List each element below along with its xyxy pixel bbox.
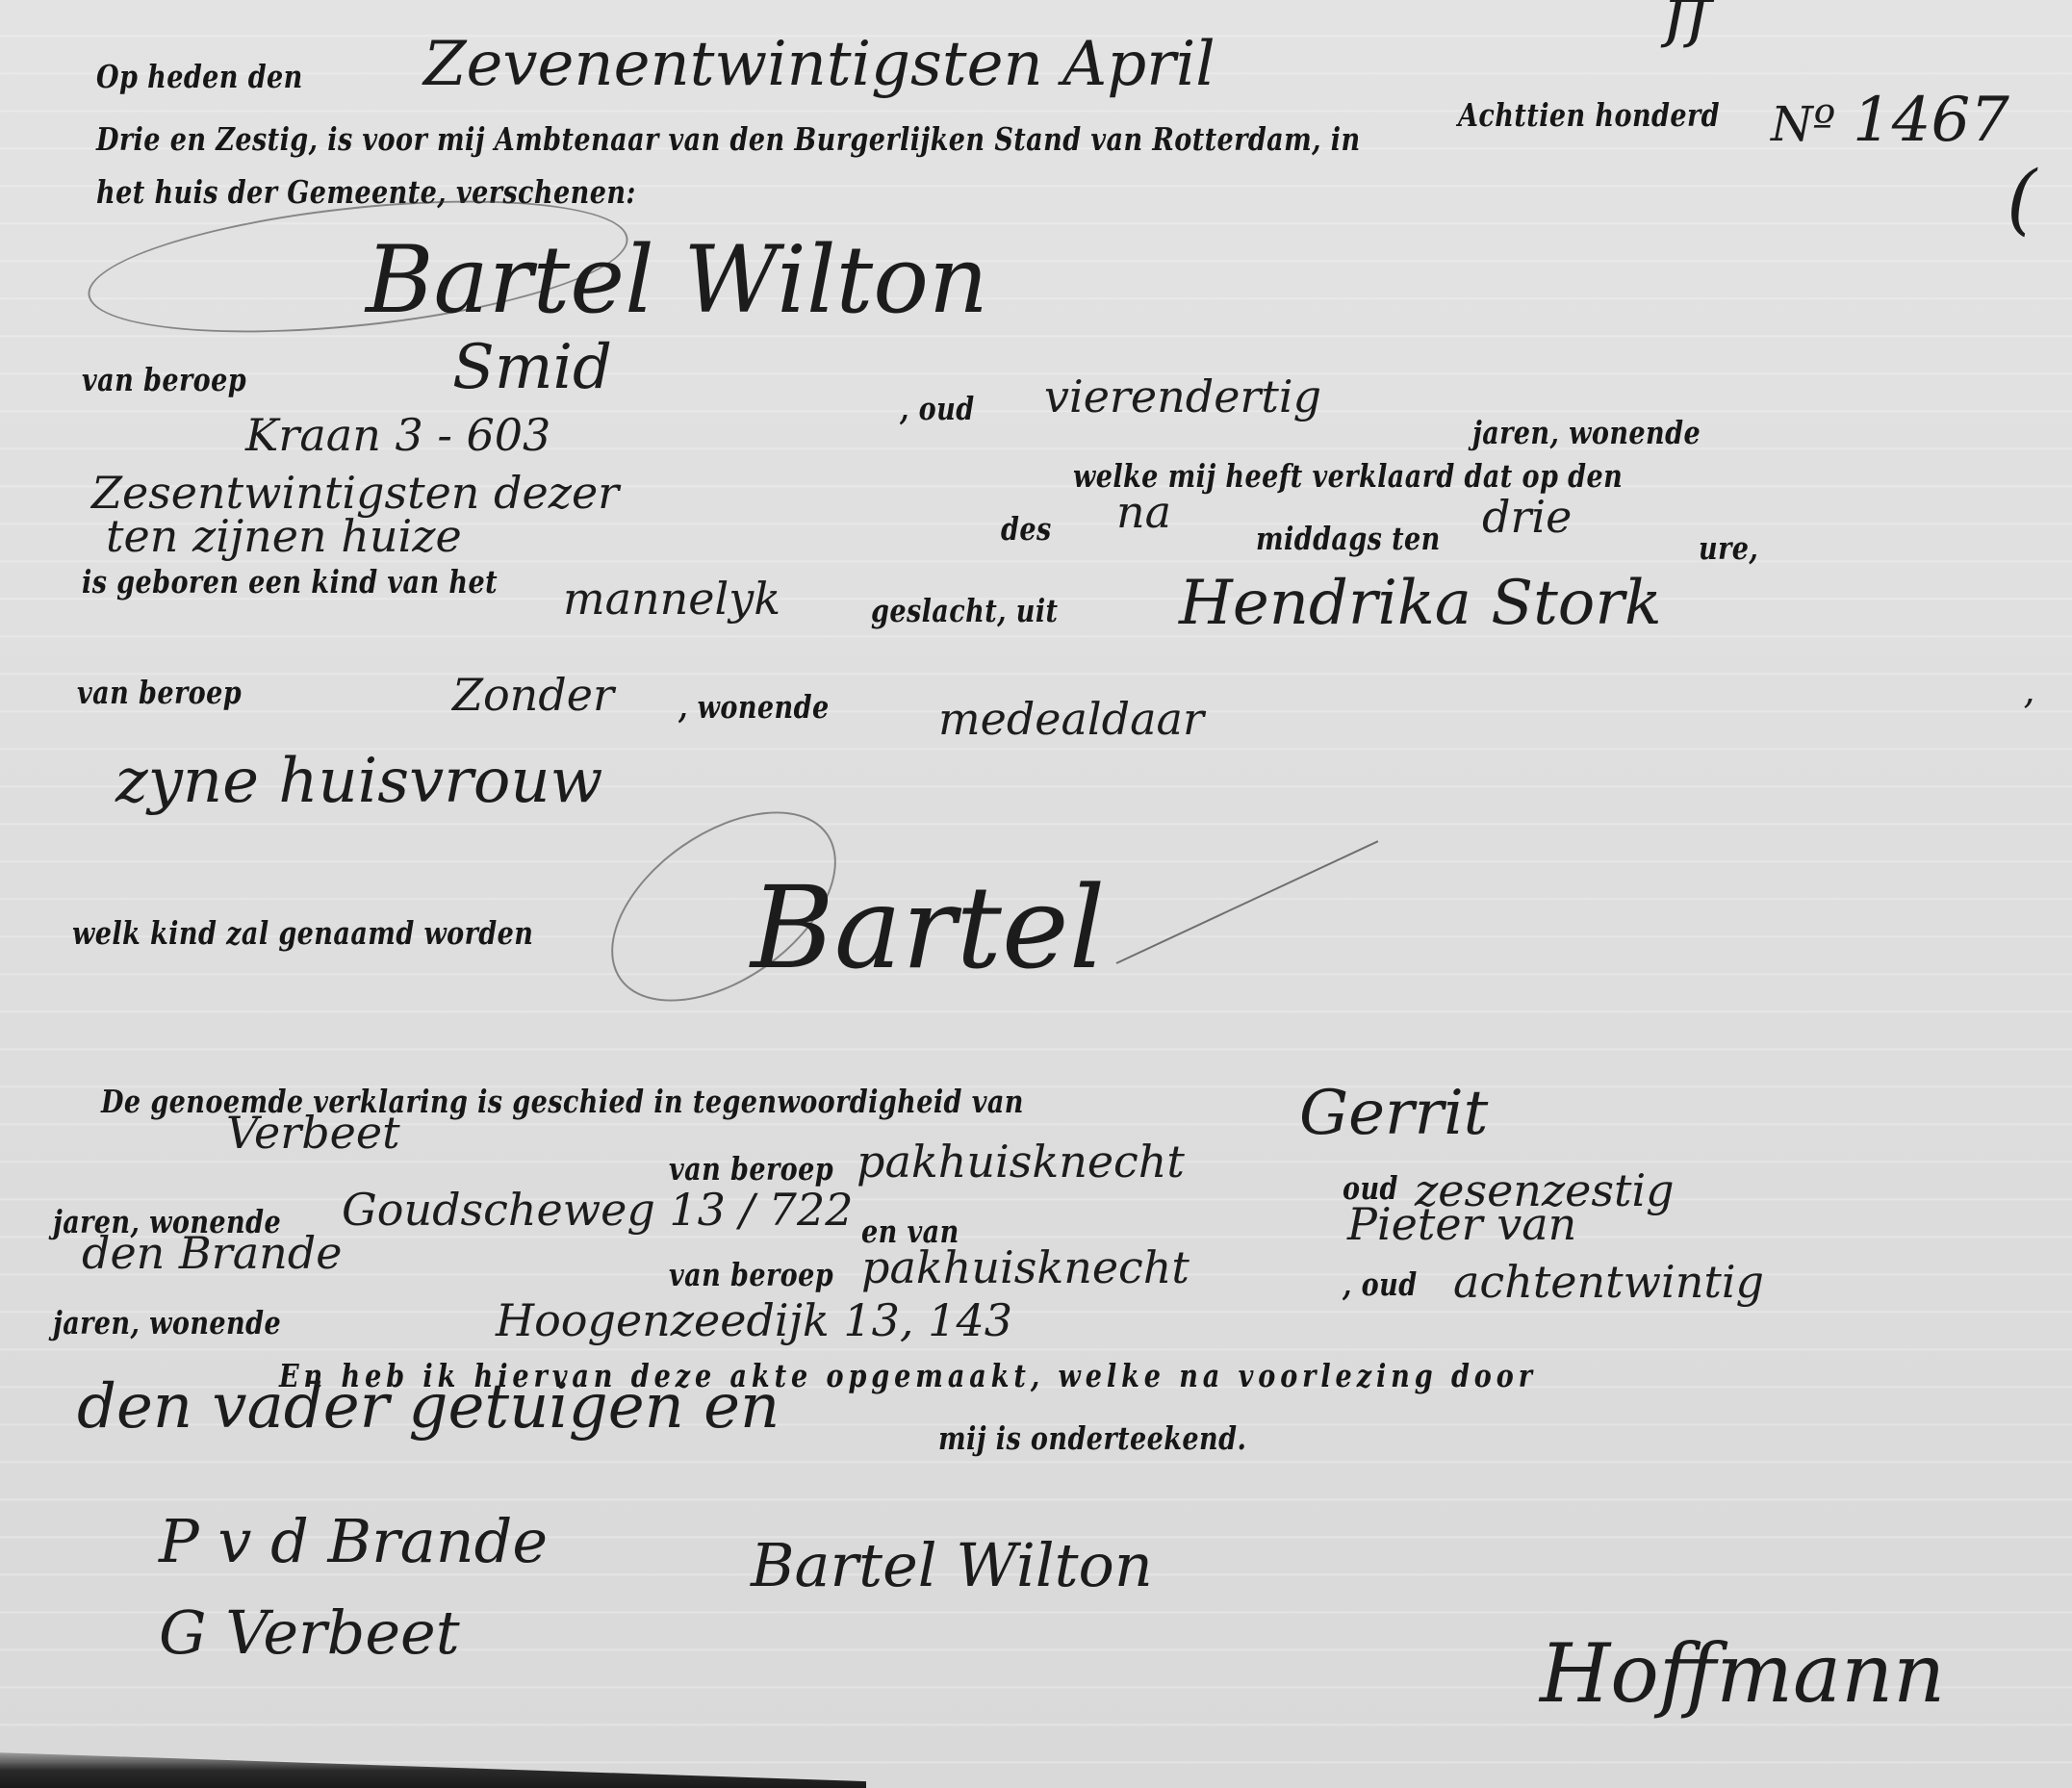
handwritten-date: Zevenentwintigsten April <box>423 29 1215 100</box>
handwritten-declarant-address: Kraan 3 - 603 <box>245 409 550 461</box>
printed-middags-ten: middags ten <box>1256 520 1441 557</box>
handwritten-birth-place: ten zijnen huize <box>106 510 462 562</box>
printed-wonende-2: , wonende <box>678 688 830 726</box>
printed-van-beroep-1: van beroep <box>82 361 246 398</box>
handwritten-declarant-occupation: Smid <box>452 332 612 403</box>
printed-van-beroep-3: van beroep <box>669 1150 833 1188</box>
handwritten-witness2-firstname: Pieter van <box>1347 1198 1576 1250</box>
signature-witness2: P v d Brande <box>159 1506 548 1576</box>
handwritten-reading-note: den vader getuigen en <box>77 1371 780 1443</box>
printed-van-beroep-2: van beroep <box>77 674 242 711</box>
handwritten-witness1-firstname: Gerrit <box>1299 1078 1488 1149</box>
handwritten-declarant-name: Bartel Wilton <box>366 226 988 334</box>
printed-des: des <box>1001 510 1052 548</box>
handwritten-child-sex: mannelyk <box>563 573 780 625</box>
printed-oud-1: , oud <box>900 390 975 427</box>
scan-edge-shadow <box>0 1744 866 1788</box>
printed-jaren-wonende-1: jaren, wonende <box>1472 414 1701 451</box>
handwritten-mother-relation: zyne huisvrouw <box>115 746 602 817</box>
record-number: 1467 <box>1853 85 2009 156</box>
handwritten-witness1-surname: Verbeet <box>226 1107 400 1159</box>
handwritten-witness2-surname: den Brande <box>82 1227 342 1279</box>
handwritten-witness2-address: Hoogenzeedijk 13, 143 <box>496 1294 1012 1346</box>
handwritten-mother-occupation: Zonder <box>452 669 614 721</box>
printed-jaren-wonende-4: jaren, wonende <box>53 1304 281 1341</box>
printed-op-heden: Op heden den <box>96 58 303 95</box>
printed-oud-4: , oud <box>1343 1265 1418 1303</box>
handwritten-witness1-occupation: pakhuisknecht <box>857 1136 1185 1188</box>
printed-achttien-honderd: Achttien honderd <box>1458 96 1720 134</box>
ink-mark: ʼ <box>2021 693 2034 737</box>
printed-is-geboren: is geboren een kind van het <box>82 563 498 600</box>
handwritten-witness1-address: Goudscheweg 13 / 722 <box>342 1184 853 1236</box>
scanned-document-page: ff Op heden den Zevenentwintigsten April… <box>0 0 2072 1788</box>
printed-geslacht-uit: geslacht, uit <box>871 592 1058 629</box>
signature-father: Bartel Wilton <box>751 1530 1153 1600</box>
margin-bracket: ( <box>2007 154 2036 243</box>
flourish-tail <box>1116 840 1379 964</box>
handwritten-witness2-age: achtentwintig <box>1453 1256 1764 1308</box>
printed-onderteekend: mij is onderteekend. <box>938 1419 1246 1457</box>
signature-official: Hoffmann <box>1540 1626 1945 1721</box>
handwritten-mother-name: Hendrika Stork <box>1179 568 1662 639</box>
handwritten-mother-residence: medealdaar <box>938 693 1204 745</box>
printed-ure: ure, <box>1699 529 1758 567</box>
handwritten-declarant-age: vierendertig <box>1044 370 1321 422</box>
handwritten-birth-hour: drie <box>1482 491 1572 543</box>
printed-welk-kind: welk kind zal genaamd worden <box>72 914 533 952</box>
signature-witness1: G Verbeet <box>159 1597 460 1668</box>
handwritten-birth-time-part: na <box>1116 486 1171 538</box>
printed-drie-en-zestig: Drie en Zestig, is voor mij Ambtenaar va… <box>96 120 1361 158</box>
printed-van-beroep-4: van beroep <box>669 1256 833 1293</box>
top-edge-handwriting: ff <box>1665 0 1713 50</box>
handwritten-witness2-occupation: pakhuisknecht <box>861 1241 1189 1293</box>
record-number-label: Nº <box>1771 96 1835 152</box>
handwritten-child-name: Bartel <box>751 861 1105 994</box>
